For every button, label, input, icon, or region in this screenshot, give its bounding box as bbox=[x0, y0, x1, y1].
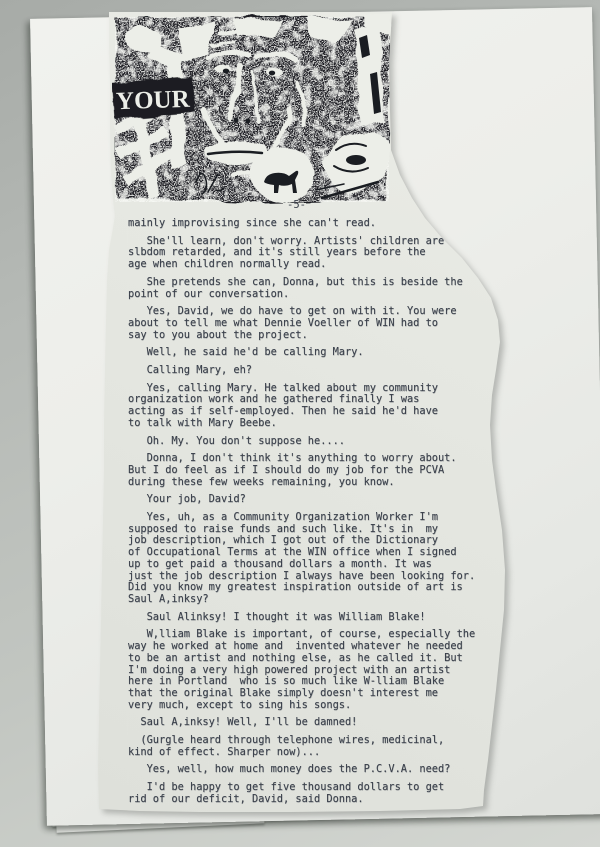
page-number: -5- bbox=[287, 199, 306, 211]
cutout-page: YOUR -5- mainly improvising since she ca… bbox=[0, 0, 600, 847]
typewritten-paragraph: Yes, David, we do have to get on with it… bbox=[128, 306, 484, 341]
typewritten-paragraph: Yes, uh, as a Community Organization Wor… bbox=[128, 512, 484, 606]
woodcut-collage-illustration: YOUR bbox=[112, 14, 392, 207]
typewritten-paragraph: She pretends she can, Donna, but this is… bbox=[128, 277, 484, 300]
photo-of-zine-page: YOUR -5- mainly improvising since she ca… bbox=[0, 0, 600, 847]
cutout-page-wrap: YOUR -5- mainly improvising since she ca… bbox=[0, 0, 600, 847]
typewritten-paragraph: Saul A,inksy! Well, I'll be damned! bbox=[128, 717, 484, 729]
typewritten-paragraph: (Gurgle heard through telephone wires, m… bbox=[128, 735, 484, 758]
typewritten-paragraph: Saul Alinksy! I thought it was William B… bbox=[128, 612, 484, 624]
typewritten-paragraph: Yes, calling Mary. He talked about my co… bbox=[128, 383, 484, 430]
typewritten-paragraph: I'd be happy to get five thousand dollar… bbox=[128, 782, 484, 805]
typewritten-paragraph: mainly improvising since she can't read. bbox=[128, 218, 484, 230]
typewritten-paragraph: W,lliam Blake is important, of course, e… bbox=[128, 629, 484, 711]
typewritten-paragraph: Well, he said he'd be calling Mary. bbox=[128, 347, 484, 359]
typewritten-paragraph: Donna, I don't think it's anything to wo… bbox=[128, 453, 484, 488]
typewritten-paragraph: Your job, David? bbox=[128, 494, 484, 506]
typewritten-paragraph: Calling Mary, eh? bbox=[128, 365, 484, 377]
typewritten-paragraph: Oh. My. You don't suppose he.... bbox=[128, 436, 484, 448]
typewritten-text-block: mainly improvising since she can't read.… bbox=[128, 218, 484, 812]
typewritten-paragraph: Yes, well, how much money does the P.C.V… bbox=[128, 764, 484, 776]
your-caption-text: YOUR bbox=[116, 86, 191, 116]
typewritten-paragraph: She'll learn, don't worry. Artists' chil… bbox=[128, 236, 484, 271]
